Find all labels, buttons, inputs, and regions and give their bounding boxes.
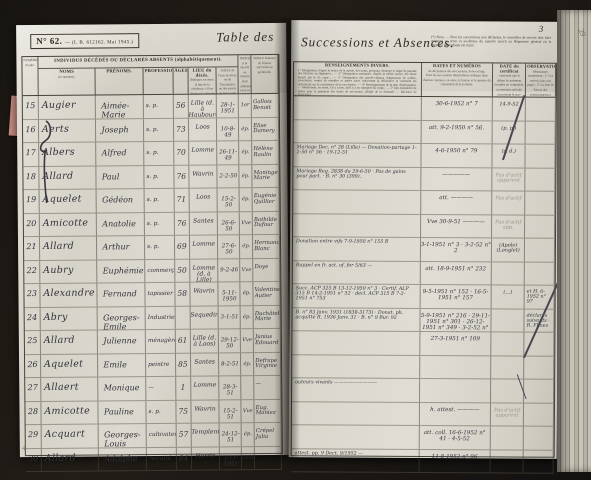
table-row: 26AqueletEmilepeintre85Santes8-2-51ép.De… bbox=[25, 352, 281, 378]
left-cell-profession: Industriel bbox=[146, 306, 176, 329]
table-row: 25AllardJulienneménagère61Lille (d. à Lo… bbox=[25, 329, 281, 355]
left-cell-age bbox=[175, 306, 190, 329]
left-cell-lieu: Lomme (d. à Lille) bbox=[190, 259, 219, 282]
left-cell-age: 57 bbox=[176, 424, 191, 447]
left-cell-nom: Aubry bbox=[40, 260, 98, 283]
table-row: auteurs vivants ————————— bbox=[292, 378, 554, 403]
left-cell-profession: s. p. bbox=[144, 95, 174, 118]
table-row: attest. pp. 9 Dect. 9/1952 —11-8-1952 n°… bbox=[292, 449, 554, 474]
left-cell-lieu: Wavrin bbox=[189, 165, 218, 188]
left-cell-date: 27-6-50 bbox=[218, 235, 240, 258]
right-cell-observations bbox=[524, 403, 554, 426]
right-cell-certificat: Pas d'actif apparent bbox=[491, 403, 524, 426]
table-row: Vve 30-9-51 ————Pas d'actif app. bbox=[293, 214, 555, 239]
left-cell-profession: s. p. bbox=[144, 118, 174, 141]
right-cell-renseignements: B. n° 83 Janv. 1931 (1838-3173) · Donat.… bbox=[292, 308, 420, 331]
right-cell-certificat bbox=[492, 262, 525, 285]
column-header-epoux-label: NOM et demeure de l'époux survivant ou p… bbox=[253, 56, 275, 74]
column-header-noms-label: NOMS bbox=[59, 69, 74, 74]
left-cell-date: 15-2-51 bbox=[220, 400, 242, 423]
left-cell-prenoms: Julienne bbox=[98, 330, 146, 353]
left-cell-date: 8-2-51 bbox=[219, 353, 241, 376]
column-header-certificat-label: DATE du certificat bbox=[500, 63, 519, 73]
right-cell-renseignements bbox=[294, 96, 422, 119]
left-cell-num: 22 bbox=[24, 260, 40, 283]
left-cell-age: 85 bbox=[176, 353, 191, 376]
left-cell-lieu: Loos bbox=[189, 188, 218, 211]
right-cell-certificat: Pas d'actif bbox=[492, 191, 525, 214]
form-number: N° 62. bbox=[36, 36, 62, 46]
right-cell-renseignements: Mariage Reg. 2838 du 29-6-50 · Pas de ga… bbox=[293, 167, 421, 190]
left-cell-profession: s. p. bbox=[145, 236, 175, 259]
table-row: 24AbryGeorges-EmileIndustrielSequedin3-1… bbox=[25, 305, 281, 331]
right-cell-observations bbox=[525, 192, 555, 215]
column-header-lieu-label: LIEU du décès. bbox=[193, 67, 212, 77]
table-row: 17AlbersAlfreds. p.70Lomme26-11-49ép.Hél… bbox=[23, 141, 279, 167]
left-cell-etat: célibataire bbox=[242, 447, 255, 470]
column-header-dates-numeros-note: Pour les successions immobilières indiqu… bbox=[423, 73, 491, 86]
left-cell-prenoms: Joseph bbox=[96, 119, 144, 142]
column-header-numeros: NUMÉROS d'ordre. bbox=[22, 57, 38, 95]
right-cell-observations bbox=[524, 380, 554, 403]
form-number-note: — (I. B. 612162. Mai 1945.) bbox=[65, 40, 133, 46]
column-header-noms-note: (et surnoms). bbox=[58, 74, 75, 78]
column-header-indiquer-label: INDIQUER si le décédé ou l'absent était … bbox=[240, 56, 252, 93]
left-cell-date: 2-2-50 bbox=[218, 165, 240, 188]
left-cell-profession: peintre bbox=[146, 353, 176, 376]
left-cell-num: 23 bbox=[24, 284, 40, 307]
page-title-left: Table des bbox=[216, 29, 274, 46]
right-cell-renseignements: Rappel en fr. act. of. for 5/63 — bbox=[293, 261, 421, 284]
left-cell-num: 30 bbox=[26, 448, 42, 471]
left-cell-profession: s. p. bbox=[146, 400, 176, 423]
right-cell-observations bbox=[525, 239, 555, 262]
table-row: 15AugierAimée-Maries. p.56Lille (d. à Ha… bbox=[23, 94, 279, 120]
left-cell-date: 26-6-50 bbox=[218, 212, 240, 235]
right-cell-certificat: (…) bbox=[492, 285, 525, 308]
right-table-header: RENSEIGNEMENTS DIVERS. 1° Désignation, d… bbox=[294, 62, 556, 98]
right-cell-certificat bbox=[491, 426, 524, 449]
right-cell-renseignements: Succ. ACP 325 B 13-12-1950 n° 3 · Certif… bbox=[293, 284, 421, 307]
right-cell-renseignements bbox=[294, 120, 422, 143]
left-cell-num: 24 bbox=[25, 307, 41, 330]
left-cell-prenoms: Gédéon bbox=[97, 189, 145, 212]
right-cell-dates bbox=[420, 355, 492, 378]
table-row: 27-3-1951 n° 109 bbox=[292, 331, 554, 356]
left-cell-nom: Aquelet bbox=[41, 354, 99, 377]
table-row bbox=[292, 355, 554, 380]
left-cell-etat: ép. bbox=[242, 423, 255, 446]
left-cell-lieu: Santes bbox=[191, 353, 220, 376]
left-cell-date: 10-8-49 bbox=[217, 118, 239, 141]
left-cell-etat: Vve bbox=[240, 259, 253, 282]
left-cell-etat bbox=[241, 376, 254, 399]
right-cell-dates: ————— bbox=[421, 167, 493, 190]
right-cell-dates: att. ———— bbox=[421, 191, 493, 214]
right-cell-dates: 9-5-1951 n° 152 · 16-5-1951 n° 157 bbox=[420, 285, 492, 308]
right-cell-renseignements bbox=[292, 331, 420, 354]
right-cell-renseignements bbox=[292, 425, 420, 448]
left-cell-date: 26-11-49 bbox=[218, 141, 240, 164]
right-register-table: RENSEIGNEMENTS DIVERS. 1° Désignation, d… bbox=[291, 61, 557, 458]
left-cell-age: 61 bbox=[176, 330, 191, 353]
left-cell-etat: ép. bbox=[239, 118, 252, 141]
right-cell-observations bbox=[525, 168, 555, 191]
right-cell-dates: att. coll. 16-6-1952 n° 41 · 4-5-52 bbox=[419, 426, 491, 449]
left-cell-prenoms: Georges-Emile bbox=[98, 307, 146, 330]
right-cell-dates: att. 18-9-1951 n° 232 bbox=[420, 261, 492, 284]
right-cell-renseignements: attest. pp. 9 Dect. 9/1952 — bbox=[292, 449, 420, 472]
left-table-header: NUMÉROS d'ordre. INDIVIDUS DÉCÉDÉS OU DÉ… bbox=[22, 55, 278, 96]
column-header-observations: OBSERVATIONS. Mentionner notamment : 1° … bbox=[526, 64, 556, 97]
column-header-renseignements: RENSEIGNEMENTS DIVERS. 1° Désignation, d… bbox=[294, 62, 422, 96]
left-cell-lieu: Wavrin bbox=[190, 282, 219, 305]
right-cell-observations bbox=[525, 262, 555, 285]
left-cell-prenoms: Paul bbox=[97, 166, 145, 189]
table-row: 22AubryEuphémiecommerçante50Lomme (d. à … bbox=[24, 258, 280, 284]
left-cell-age: 76 bbox=[174, 165, 189, 188]
table-row: 28AmicottePaulines. p.75Wavrin15-2-51Vve… bbox=[25, 399, 281, 425]
right-cell-dates: h. attest. ———— bbox=[419, 402, 491, 425]
column-header-professions-label: PROFESSIONS. bbox=[145, 68, 174, 73]
left-cell-age: 75 bbox=[176, 400, 191, 423]
left-cell-profession: tapissier bbox=[145, 283, 175, 306]
right-cell-renseignements bbox=[292, 402, 420, 425]
left-cell-etat: Vve bbox=[241, 329, 254, 352]
renseignements-instructions-text: 1° Désignation, d'après la notice de la … bbox=[295, 68, 420, 96]
right-cell-certificat bbox=[492, 309, 525, 332]
left-cell-nom: Allard bbox=[41, 330, 99, 353]
right-cell-dates: 27-3-1951 n° 109 bbox=[420, 332, 492, 355]
right-cell-renseignements: Mariage Dec. n° 28 (Lille) — Donation-pa… bbox=[293, 143, 421, 166]
left-cell-age: 76 bbox=[175, 212, 190, 235]
column-header-dates: DATES de l'acte de décès ou de l'inscrip… bbox=[217, 67, 239, 93]
table-row: att. coll. 16-6-1952 n° 41 · 4-5-52 bbox=[292, 425, 554, 450]
table-row: Mariage Reg. 2838 du 29-6-50 · Pas de ga… bbox=[293, 167, 555, 192]
column-header-professions: PROFESSIONS. bbox=[144, 68, 174, 94]
form-number-label: N° 62. — (I. B. 612162. Mai 1945.) bbox=[30, 33, 139, 49]
right-cell-renseignements bbox=[293, 214, 421, 237]
left-cell-etat: Vve bbox=[242, 400, 255, 423]
book-gutter-shadow bbox=[274, 18, 300, 462]
right-cell-dates: 4-6-1950 n° 79 bbox=[421, 144, 493, 167]
left-register-table: NUMÉROS d'ordre. INDIVIDUS DÉCÉDÉS OU DÉ… bbox=[21, 54, 282, 456]
left-cell-age: 56 bbox=[174, 95, 189, 118]
left-cell-profession: ménagère bbox=[146, 330, 176, 353]
left-cell-profession: retraité bbox=[147, 447, 177, 470]
right-cell-dates: 3-1-1951 n° 3 · 3-2-52 n° 2 bbox=[420, 238, 492, 261]
left-cell-date: 28-1-1951 bbox=[217, 94, 239, 117]
column-header-lieu-note: (Indiquer, en outre, le lieu de la résid… bbox=[190, 78, 215, 94]
column-header-numeros-label: NUMÉROS d'ordre. bbox=[23, 58, 38, 67]
left-cell-lieu: Lomme bbox=[189, 141, 218, 164]
nota-footnote: (*) Nota. — Pour les successions non déc… bbox=[431, 35, 551, 48]
column-header-dates-label: DATES de l'acte de décès ou de l'inscrip… bbox=[218, 68, 236, 93]
left-cell-nom: Augier bbox=[39, 95, 97, 118]
column-header-noms: NOMS (et surnoms). bbox=[38, 68, 96, 95]
left-cell-age: 73 bbox=[174, 118, 189, 141]
left-cell-num: 15 bbox=[23, 96, 39, 119]
right-cell-certificat: (Apole) (Longlet) bbox=[492, 238, 525, 261]
scanned-register-photo: N° 62. — (I. B. 612162. Mai 1945.) Table… bbox=[0, 0, 591, 480]
left-cell-etat: Vve bbox=[240, 212, 253, 235]
right-cell-observations bbox=[524, 356, 554, 379]
table-row: 19AqueletGédéons. p.71Loos15-2-50ép.Eugé… bbox=[24, 188, 280, 214]
left-cell-nom: Amicotte bbox=[40, 213, 98, 236]
left-cell-profession: commerçante bbox=[145, 259, 175, 282]
table-row: Rappel en fr. act. of. for 5/63 —att. 18… bbox=[293, 261, 555, 286]
left-cell-nom: Abry bbox=[40, 307, 98, 330]
left-cell-num: 25 bbox=[25, 331, 41, 354]
left-cell-num: 27 bbox=[25, 378, 41, 401]
table-row: 23AlexandreFernandtapissier58Wavrin5-11-… bbox=[24, 282, 280, 308]
left-cell-profession: s. p. bbox=[145, 212, 175, 235]
left-cell-date: 3-1-51 bbox=[219, 306, 241, 329]
left-cell-date: 5-11-1950 bbox=[219, 282, 241, 305]
right-cell-certificat: (s. d.) bbox=[493, 144, 526, 167]
left-cell-etat: ép. bbox=[240, 165, 253, 188]
left-cell-prenoms: Aimée-Marie bbox=[96, 95, 144, 118]
left-cell-profession: s. p. bbox=[145, 189, 175, 212]
left-cell-nom: Amicotte bbox=[41, 401, 99, 424]
table-row: 30AllardAdolpheretraité84Herrin3-11-1951… bbox=[26, 446, 282, 472]
left-cell-prenoms: Fernand bbox=[98, 283, 146, 306]
left-cell-etat: ép. bbox=[241, 306, 254, 329]
right-cell-observations bbox=[524, 450, 554, 473]
left-cell-prenoms: Arthur bbox=[97, 236, 145, 259]
left-table-rows: 15AugierAimée-Maries. p.56Lille (d. à Ha… bbox=[23, 94, 282, 472]
left-cell-age: 50 bbox=[175, 259, 190, 282]
left-cell-num: 26 bbox=[25, 354, 41, 377]
left-cell-age: 69 bbox=[175, 236, 190, 259]
column-header-prenoms-label: PRÉNOMS. bbox=[106, 68, 132, 73]
right-cell-renseignements bbox=[293, 190, 421, 213]
right-cell-dates bbox=[420, 379, 492, 402]
table-row: 16AertsJosephs. p.73Loos10-8-49ép.Elise … bbox=[23, 117, 279, 143]
left-cell-etat: ép. bbox=[241, 282, 254, 305]
right-cell-observations bbox=[526, 121, 556, 144]
left-cell-profession: s. p. bbox=[144, 142, 174, 165]
left-cell-date: 28-3-51 bbox=[220, 376, 242, 399]
column-header-prenoms: PRÉNOMS. bbox=[96, 68, 144, 94]
left-cell-nom: Allard bbox=[42, 448, 100, 471]
left-cell-prenoms: Alfred bbox=[97, 142, 145, 165]
left-cell-date: 15-2-50 bbox=[218, 188, 240, 211]
left-cell-num: 29 bbox=[26, 425, 42, 448]
column-header-certificat-sub: constatant que le défaut de paiement inc… bbox=[494, 74, 524, 97]
left-cell-date: 29-12-50 bbox=[219, 329, 241, 352]
left-cell-age: 84 bbox=[177, 447, 192, 470]
column-header-dates-numeros-label: DATES ET NUMÉROS bbox=[433, 63, 481, 68]
right-page: Successions et Absences. (*) Nota. — Pou… bbox=[289, 20, 560, 459]
column-header-ages: ÂGES. bbox=[173, 68, 188, 94]
left-cell-age: 58 bbox=[175, 283, 190, 306]
table-row: 18AllardPauls. p.76Wavrin2-2-50ép.Maning… bbox=[23, 164, 279, 190]
right-table-rows: 30-6-1952 n° 714-9-52att. 9-2-1950 n° 56… bbox=[292, 96, 556, 474]
right-cell-renseignements: Donation entre vifs 7-9-1950 n° 155 B bbox=[293, 237, 421, 260]
margin-paraph-mark bbox=[37, 117, 56, 207]
right-cell-certificat: Pas d'actif apparent bbox=[493, 168, 526, 191]
left-cell-nom: Allaert bbox=[41, 377, 99, 400]
left-cell-profession: s. p. bbox=[144, 165, 174, 188]
column-header-indiquer: INDIQUER si le décédé ou l'absent était … bbox=[239, 55, 252, 93]
left-cell-nom: Alexandre bbox=[40, 283, 98, 306]
left-cell-etat: ép. bbox=[241, 353, 254, 376]
left-cell-lieu: Loos bbox=[189, 118, 218, 141]
right-cell-dates: 11-8-1952 n° 96 bbox=[419, 449, 491, 472]
corner-pencil-number: 4 bbox=[22, 443, 26, 452]
table-row: 21AllardArthurs. p.69Lomme27-6-50ép.Herm… bbox=[24, 235, 280, 261]
table-row: h. attest. ————Pas d'actif apparent bbox=[292, 402, 554, 427]
page-number: 3 bbox=[539, 24, 544, 34]
table-row: 20AmicotteAnatolies. p.76Santes26-6-50Vv… bbox=[24, 211, 280, 237]
left-page: N° 62. — (I. B. 612162. Mai 1945.) Table… bbox=[16, 23, 290, 457]
right-cell-certificat bbox=[491, 450, 524, 473]
table-row: 29AcquartGeorges-Louiscultivateur57Templ… bbox=[26, 423, 282, 449]
table-row: Succ. ACP 325 B 13-12-1950 n° 3 · Certif… bbox=[293, 284, 555, 309]
column-header-ages-label: ÂGES. bbox=[174, 68, 188, 73]
left-cell-etat: ép. bbox=[240, 188, 253, 211]
left-cell-nom: Acquart bbox=[41, 424, 99, 447]
left-cell-num: 20 bbox=[24, 213, 40, 236]
column-header-observations-sub: Mentionner notamment : 1° Les renvois fa… bbox=[527, 69, 554, 97]
left-cell-lieu: Herrin bbox=[192, 447, 221, 470]
right-cell-observations bbox=[524, 427, 554, 450]
left-cell-age: 71 bbox=[174, 189, 189, 212]
right-cell-certificat bbox=[491, 356, 524, 379]
left-cell-etat: 1er bbox=[239, 94, 252, 117]
left-cell-date: 3-11-1951 bbox=[220, 447, 242, 470]
column-header-observations-label: OBSERVATIONS. bbox=[527, 64, 556, 69]
right-cell-dates: 5-9-1951 n° 216 · 29-11-1951 n° 301 · 26… bbox=[420, 308, 492, 331]
right-cell-certificat: Pas d'actif app. bbox=[492, 215, 525, 238]
left-cell-prenoms: Anatolie bbox=[97, 213, 145, 236]
left-cell-etat: ép. bbox=[240, 235, 253, 258]
column-header-certificat: DATE du certificat constatant que le déf… bbox=[493, 63, 526, 96]
left-cell-num: 28 bbox=[25, 401, 41, 424]
right-cell-observations bbox=[525, 215, 555, 238]
left-cell-lieu: Lille (d. à Loos) bbox=[190, 329, 219, 352]
left-cell-lieu: Lomme bbox=[190, 235, 219, 258]
left-cell-profession: cultivateur bbox=[147, 424, 177, 447]
left-cell-prenoms: Euphémie bbox=[98, 260, 146, 283]
left-cell-age: 70 bbox=[174, 142, 189, 165]
table-row: att. 9-2-1950 n° 56.(p. p.) bbox=[294, 120, 556, 145]
left-cell-prenoms: Pauline bbox=[99, 401, 147, 424]
left-cell-lieu: Templemars bbox=[191, 423, 220, 446]
right-cell-observations bbox=[526, 98, 556, 121]
table-row: B. n° 83 Janv. 1931 (1838-3173) · Donat.… bbox=[292, 308, 554, 333]
left-cell-prenoms: Emile bbox=[98, 354, 146, 377]
left-cell-prenoms: Monique bbox=[99, 377, 147, 400]
table-row: Mariage Dec. n° 28 (Lille) — Donation-pa… bbox=[293, 143, 555, 168]
right-cell-renseignements bbox=[292, 355, 420, 378]
right-cell-renseignements: auteurs vivants ————————— bbox=[292, 378, 420, 401]
left-cell-lieu: Santes bbox=[189, 212, 218, 235]
right-cell-dates: att. 9-2-1950 n° 56. bbox=[421, 120, 493, 143]
left-cell-nom: Allard bbox=[40, 236, 98, 259]
left-cell-lieu: Wavrin bbox=[191, 400, 220, 423]
column-header-renseignements-label: RENSEIGNEMENTS DIVERS. bbox=[325, 62, 390, 67]
right-cell-dates: 30-6-1952 n° 7 bbox=[421, 97, 493, 120]
left-cell-etat: ép. bbox=[239, 141, 252, 164]
left-cell-date: 9-2-46 bbox=[219, 259, 241, 282]
left-cell-lieu: Sequedin bbox=[190, 306, 219, 329]
left-cell-prenoms: Georges-Louis bbox=[99, 424, 147, 447]
left-cell-date: 24-12-51 bbox=[220, 423, 242, 446]
left-cell-profession: — bbox=[146, 377, 176, 400]
table-row: Donation entre vifs 7-9-1950 n° 155 B3-1… bbox=[293, 237, 555, 262]
table-row: att. ————Pas d'actif bbox=[293, 190, 555, 215]
column-header-dates-numeros: DATES ET NUMÉROS de déclaration des succ… bbox=[421, 63, 493, 96]
table-row: 27AllaertMonique—1Lomme28-3-51— bbox=[25, 376, 281, 402]
left-cell-prenoms: Adolphe bbox=[99, 448, 147, 471]
right-cell-observations bbox=[526, 145, 556, 168]
column-header-lieu: LIEU du décès. (Indiquer, en outre, le l… bbox=[188, 67, 217, 93]
left-cell-lieu: Lille (d. à Haubourdin) bbox=[188, 94, 217, 117]
left-cell-num: 21 bbox=[24, 237, 40, 260]
page-edge-stack bbox=[557, 10, 591, 472]
right-cell-certificat bbox=[492, 332, 525, 355]
right-cell-dates: Vve 30-9-51 ———— bbox=[421, 214, 493, 237]
left-cell-age: 1 bbox=[176, 377, 191, 400]
left-cell-lieu: Lomme bbox=[191, 376, 220, 399]
